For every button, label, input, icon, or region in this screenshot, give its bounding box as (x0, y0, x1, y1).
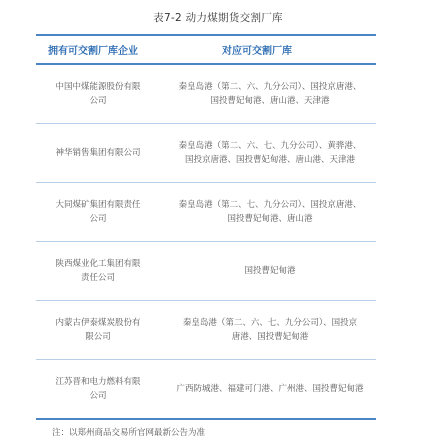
header-depot: 对应可交割厂库 (168, 42, 376, 57)
table-header: 拥有可交割厂库企业 对应可交割厂库 (36, 36, 376, 65)
company-cell: 神华销售集团有限公司 (36, 146, 160, 160)
company-cell: 内蒙古伊泰煤炭股份有 限公司 (36, 316, 160, 344)
company-cell: 江苏晋和电力燃料有限 公司 (36, 375, 160, 403)
depot-cell: 秦皇岛港（第二、六、九分公司）、国投京唐港、 国投曹妃甸港、唐山港、天津港 (160, 80, 376, 108)
table-row: 江苏晋和电力燃料有限 公司 广西防城港、福建可门港、广州港、国投曹妃甸港 (36, 360, 376, 420)
table-row: 陕西煤业化工集团有限 责任公司 国投曹妃甸港 (36, 242, 376, 301)
company-cell: 陕西煤业化工集团有限 责任公司 (36, 257, 160, 285)
table-title: 表7-2 动力煤期货交割厂库 (0, 10, 436, 25)
depot-cell: 秦皇岛港（第二、六、七、九分公司）、黄骅港、 国投京唐港、国投曹妃甸港、唐山港、… (160, 139, 376, 167)
header-company: 拥有可交割厂库企业 (36, 42, 168, 57)
table-row: 中国中煤能源股份有限 公司 秦皇岛港（第二、六、九分公司）、国投京唐港、 国投曹… (36, 65, 376, 124)
table-note: 注：以郑州商品交易所官网最新公告为准 (52, 426, 205, 438)
depot-cell: 广西防城港、福建可门港、广州港、国投曹妃甸港 (160, 382, 376, 396)
company-cell: 大同煤矿集团有限责任 公司 (36, 198, 160, 226)
table-row: 内蒙古伊泰煤炭股份有 限公司 秦皇岛港（第二、六、七、九分公司）、国投京 唐港、… (36, 301, 376, 360)
depot-cell: 秦皇岛港（第二、六、七、九分公司）、国投京 唐港、国投曹妃甸港 (160, 316, 376, 344)
company-cell: 中国中煤能源股份有限 公司 (36, 80, 160, 108)
table-row: 神华销售集团有限公司 秦皇岛港（第二、六、七、九分公司）、黄骅港、 国投京唐港、… (36, 124, 376, 183)
depot-cell: 国投曹妃甸港 (160, 264, 376, 278)
depot-cell: 秦皇岛港（第二、七、九分公司）、国投京唐港、 国投曹妃甸港、唐山港 (160, 198, 376, 226)
table-row: 大同煤矿集团有限责任 公司 秦皇岛港（第二、七、九分公司）、国投京唐港、 国投曹… (36, 183, 376, 242)
delivery-depot-table: 拥有可交割厂库企业 对应可交割厂库 中国中煤能源股份有限 公司 秦皇岛港（第二、… (36, 34, 376, 420)
